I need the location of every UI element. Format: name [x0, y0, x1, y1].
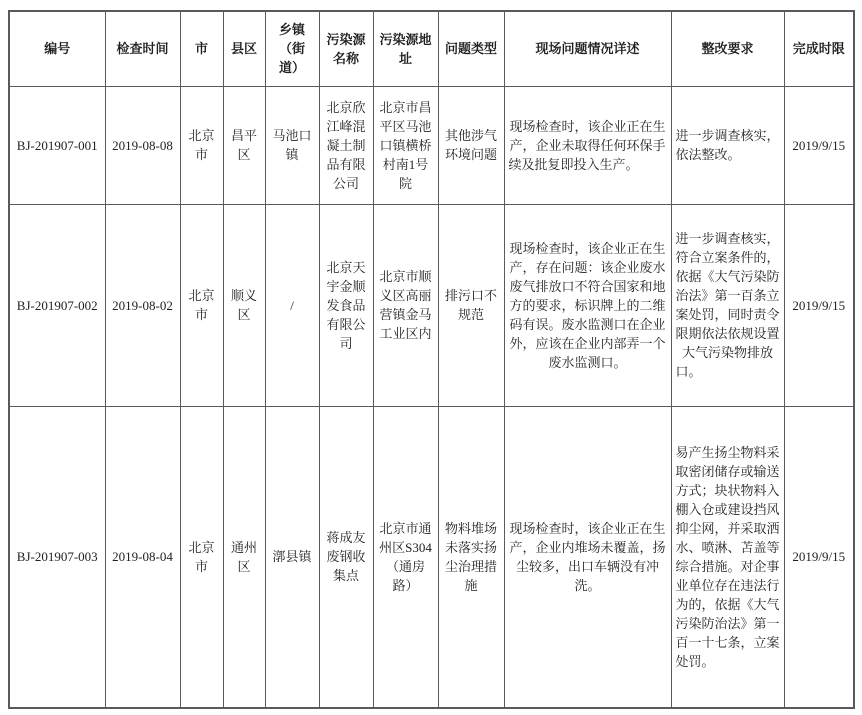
- cell-inspect-date: 2019-08-04: [105, 406, 180, 708]
- table-row: BJ-201907-0032019-08-04北京市通州区漷县镇蒋成友废钢收集点…: [9, 406, 854, 708]
- cell-deadline: 2019/9/15: [784, 204, 854, 406]
- header-problem-detail: 现场问题情况详述: [504, 11, 671, 86]
- header-problem-type: 问题类型: [438, 11, 504, 86]
- cell-rectification: 进一步调查核实，符合立案条件的，依据《大气污染防治法》第一百条立案处罚，同时责令…: [671, 204, 784, 406]
- cell-city: 北京市: [180, 204, 223, 406]
- cell-problem-detail: 现场检查时，该企业正在生产，存在问题：该企业废水废气排放口不符合国家和地方的要求…: [504, 204, 671, 406]
- table-row: BJ-201907-0012019-08-08北京市昌平区马池口镇北京欣江峰混凝…: [9, 86, 854, 204]
- cell-rectification: 易产生扬尘物料采取密闭储存或输送方式；块状物料入棚入仓或建设挡风抑尘网，并采取洒…: [671, 406, 784, 708]
- header-district: 县区: [223, 11, 265, 86]
- cell-source-address: 北京市顺义区高丽营镇金马工业区内: [373, 204, 438, 406]
- cell-problem-type: 排污口不规范: [438, 204, 504, 406]
- header-id: 编号: [9, 11, 105, 86]
- cell-source-address: 北京市昌平区马池口镇横桥村南1号院: [373, 86, 438, 204]
- header-deadline: 完成时限: [784, 11, 854, 86]
- cell-source-name: 北京天宇金顺发食品有限公司: [319, 204, 373, 406]
- cell-deadline: 2019/9/15: [784, 406, 854, 708]
- inspection-records-table: 编号检查时间市县区乡镇（街道）污染源名称污染源地址问题类型现场问题情况详述整改要…: [8, 10, 855, 709]
- cell-id: BJ-201907-001: [9, 86, 105, 204]
- table-row: BJ-201907-0022019-08-02北京市顺义区/北京天宇金顺发食品有…: [9, 204, 854, 406]
- cell-id: BJ-201907-002: [9, 204, 105, 406]
- cell-id: BJ-201907-003: [9, 406, 105, 708]
- header-source-address: 污染源地址: [373, 11, 438, 86]
- cell-township: 漷县镇: [265, 406, 319, 708]
- cell-district: 顺义区: [223, 204, 265, 406]
- cell-inspect-date: 2019-08-02: [105, 204, 180, 406]
- cell-city: 北京市: [180, 406, 223, 708]
- cell-township: 马池口镇: [265, 86, 319, 204]
- cell-source-name: 北京欣江峰混凝土制品有限公司: [319, 86, 373, 204]
- cell-deadline: 2019/9/15: [784, 86, 854, 204]
- cell-problem-detail: 现场检查时，该企业正在生产，企业内堆场未覆盖，扬尘较多，出口车辆没有冲洗。: [504, 406, 671, 708]
- header-rectification: 整改要求: [671, 11, 784, 86]
- page: 编号检查时间市县区乡镇（街道）污染源名称污染源地址问题类型现场问题情况详述整改要…: [0, 0, 862, 715]
- cell-source-address: 北京市通州区S304（通房路）: [373, 406, 438, 708]
- cell-problem-type: 其他涉气环境问题: [438, 86, 504, 204]
- header-inspect-date: 检查时间: [105, 11, 180, 86]
- header-source-name: 污染源名称: [319, 11, 373, 86]
- cell-problem-detail: 现场检查时，该企业正在生产，企业未取得任何环保手续及批复即投入生产。: [504, 86, 671, 204]
- cell-city: 北京市: [180, 86, 223, 204]
- header-row: 编号检查时间市县区乡镇（街道）污染源名称污染源地址问题类型现场问题情况详述整改要…: [9, 11, 854, 86]
- cell-district: 通州区: [223, 406, 265, 708]
- cell-rectification: 进一步调查核实，依法整改。: [671, 86, 784, 204]
- cell-township: /: [265, 204, 319, 406]
- cell-source-name: 蒋成友废钢收集点: [319, 406, 373, 708]
- cell-inspect-date: 2019-08-08: [105, 86, 180, 204]
- cell-problem-type: 物料堆场未落实扬尘治理措施: [438, 406, 504, 708]
- cell-district: 昌平区: [223, 86, 265, 204]
- header-township: 乡镇（街道）: [265, 11, 319, 86]
- header-city: 市: [180, 11, 223, 86]
